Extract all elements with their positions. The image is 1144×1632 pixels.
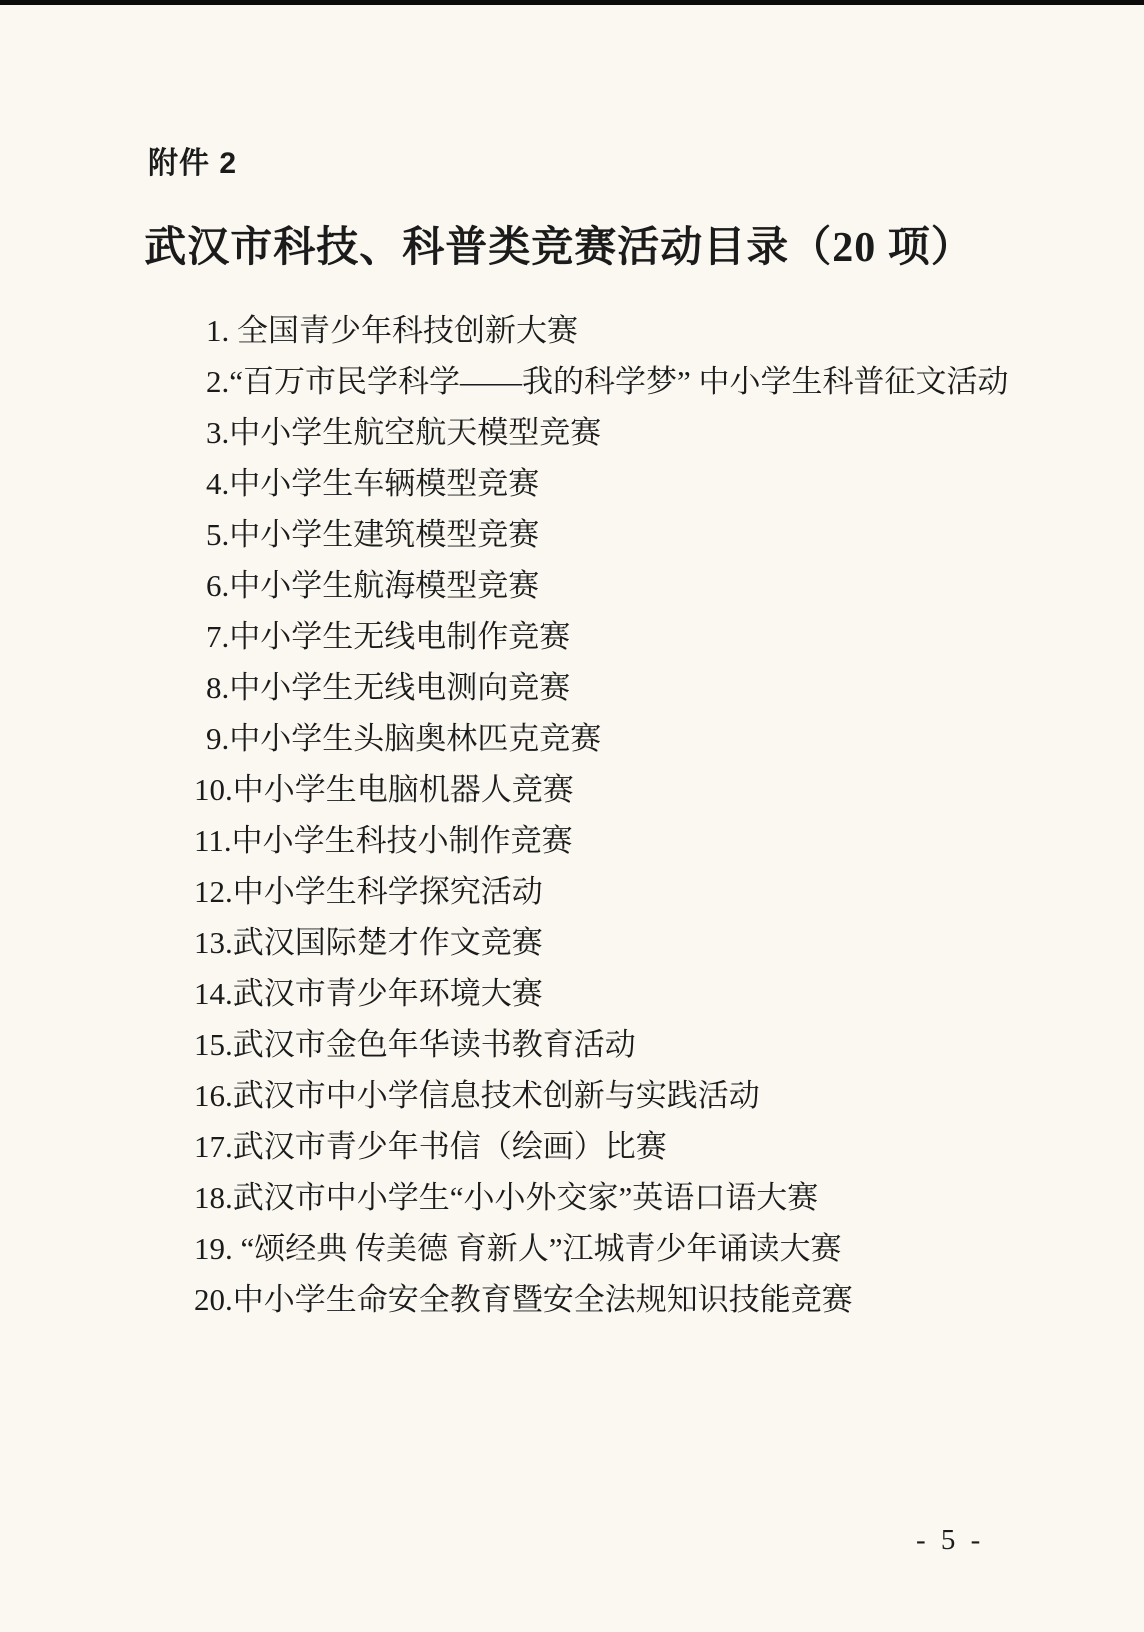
list-item: 6.中小学生航海模型竞赛	[194, 560, 1009, 611]
list-item: 18.武汉市中小学生“小小外交家”英语口语大赛	[194, 1172, 1009, 1223]
list-item: 19. “颂经典 传美德 育新人”江城青少年诵读大赛	[194, 1223, 1009, 1274]
list-item: 11.中小学生科技小制作竞赛	[194, 815, 1009, 866]
list-item: 3.中小学生航空航天模型竞赛	[194, 407, 1009, 458]
list-item: 20.中小学生命安全教育暨安全法规知识技能竞赛	[194, 1274, 1009, 1325]
list-item: 2.“百万市民学科学——我的科学梦” 中小学生科普征文活动	[194, 356, 1009, 407]
scan-artifact-top-line	[0, 0, 1144, 5]
list-item: 7.中小学生无线电制作竞赛	[194, 611, 1009, 662]
page-number: - 5 -	[916, 1524, 984, 1557]
list-item: 14.武汉市青少年环境大赛	[194, 968, 1009, 1019]
list-item: 9.中小学生头脑奥林匹克竞赛	[194, 713, 1009, 764]
list-item: 10.中小学生电脑机器人竞赛	[194, 764, 1009, 815]
list-item: 16.武汉市中小学信息技术创新与实践活动	[194, 1070, 1009, 1121]
attachment-label: 附件 2	[148, 138, 237, 182]
list-item: 1. 全国青少年科技创新大赛	[194, 305, 1009, 356]
list-item: 15.武汉市金色年华读书教育活动	[194, 1019, 1009, 1070]
competition-list: 1. 全国青少年科技创新大赛 2.“百万市民学科学——我的科学梦” 中小学生科普…	[194, 305, 1009, 1325]
list-item: 12.中小学生科学探究活动	[194, 866, 1009, 917]
list-item: 17.武汉市青少年书信（绘画）比赛	[194, 1121, 1009, 1172]
list-item: 8.中小学生无线电测向竞赛	[194, 662, 1009, 713]
page-title: 武汉市科技、科普类竞赛活动目录（20 项）	[0, 214, 1131, 274]
list-item: 13.武汉国际楚才作文竞赛	[194, 917, 1009, 968]
scanned-document-page: 附件 2 武汉市科技、科普类竞赛活动目录（20 项） 1. 全国青少年科技创新大…	[0, 0, 1144, 1632]
list-item: 4.中小学生车辆模型竞赛	[194, 458, 1009, 509]
list-item: 5.中小学生建筑模型竞赛	[194, 509, 1009, 560]
